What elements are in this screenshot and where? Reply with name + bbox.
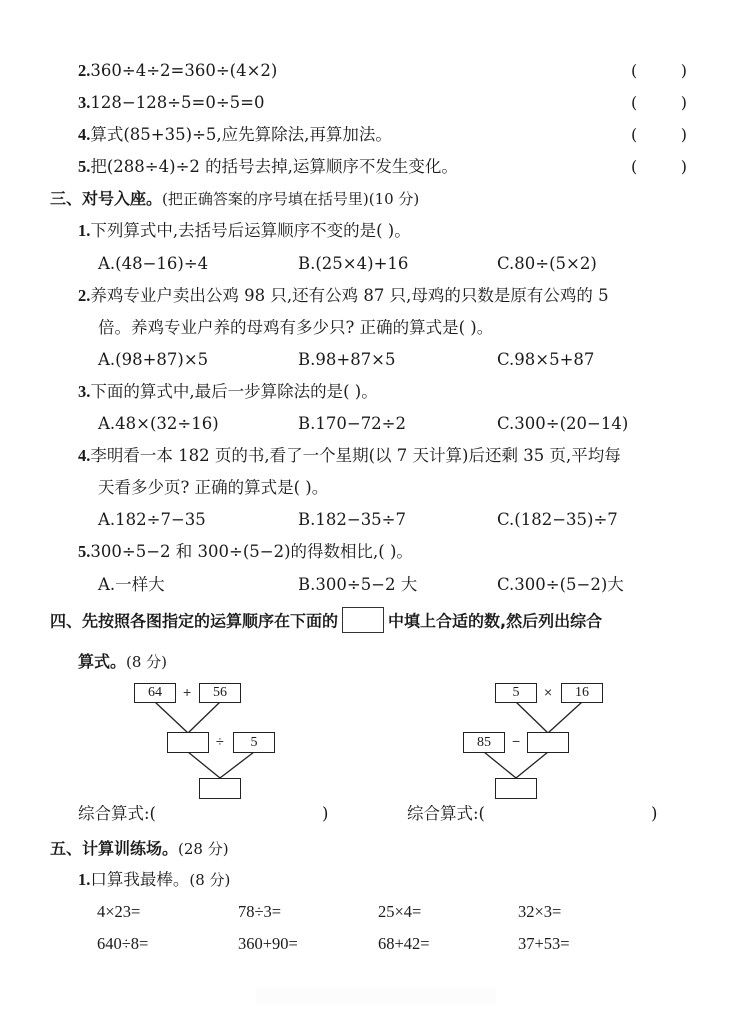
mid-left-number-box: 85 — [463, 732, 505, 753]
combined-formula-2[interactable]: 综合算式:( — [407, 803, 485, 825]
paren-close: ) — [681, 156, 687, 178]
mc-question-2: 2.养鸡专业户卖出公鸡 98 只,还有公鸡 87 只,母鸡的只数是原有公鸡的 5 — [78, 285, 609, 307]
plus-operator: + — [183, 684, 191, 700]
calc-item[interactable]: 4×23= — [97, 901, 140, 923]
formula-close-paren-1: ) — [322, 803, 328, 825]
mc-question-4: 4.李明看一本 182 页的书,看了一个星期(以 7 天计算)后还剩 35 页,… — [78, 445, 621, 467]
mc-question-5: 5.300÷5−2 和 300÷(5−2)的得数相比,( )。 — [78, 541, 413, 563]
section-title: 五、计算训练场。 — [50, 839, 178, 858]
empty-box-sample — [342, 607, 384, 633]
question-text[interactable]: 下面的算式中,最后一步算除法的是( )。 — [90, 382, 377, 401]
judgement-item-4: 4.算式(85+35)÷5,应先算除法,再算加法。 — [78, 124, 392, 146]
section-3-heading: 三、对号入座。(把正确答案的序号填在括号里)(10 分) — [50, 188, 419, 210]
question-text-line-1: 养鸡专业户卖出公鸡 98 只,还有公鸡 87 只,母鸡的只数是原有公鸡的 5 — [90, 286, 608, 305]
option-b: B.182−35÷7 — [298, 509, 406, 531]
option-c: C.80÷(5×2) — [497, 253, 597, 275]
answer-blank-2[interactable]: () — [631, 60, 687, 82]
question-text-line-2[interactable]: 倍。养鸡专业户养的母鸡有多少只? 正确的算式是( )。 — [98, 317, 493, 339]
question-number: 4. — [78, 446, 90, 465]
judgement-item-3: 3.128−128÷5=0÷5=0 — [78, 92, 264, 114]
item-number: 2. — [78, 61, 90, 80]
calc-item[interactable]: 37+53= — [518, 933, 570, 955]
option-b: B.300÷5−2 大 — [298, 574, 417, 596]
option-b: B.(25×4)+16 — [298, 253, 408, 275]
answer-blank-4[interactable]: () — [631, 124, 687, 146]
combined-formula-1[interactable]: 综合算式:( — [78, 803, 156, 825]
paren-open: ( — [631, 124, 637, 146]
subsection-title: 口算我最棒。 — [90, 870, 189, 889]
option-a: A.(48−16)÷4 — [98, 253, 208, 275]
minus-operator: − — [512, 733, 520, 749]
top-right-number-box: 16 — [561, 683, 603, 703]
calc-item[interactable]: 25×4= — [378, 901, 421, 923]
formula-close-paren-2: ) — [651, 803, 657, 825]
item-text: 把(288÷4)÷2 的括号去掉,运算顺序不发生变化。 — [90, 157, 458, 176]
section-title-part-1: 四、先按照各图指定的运算顺序在下面的 — [50, 612, 338, 631]
formula-label: 综合算式:( — [78, 804, 156, 823]
divide-operator: ÷ — [216, 733, 224, 749]
option-a: A.一样大 — [98, 574, 165, 596]
subsection-number: 1. — [78, 870, 90, 889]
paren-open: ( — [631, 156, 637, 178]
paren-open: ( — [631, 60, 637, 82]
top-left-number-box: 5 — [495, 683, 537, 703]
answer-blank-5[interactable]: () — [631, 156, 687, 178]
paren-open: ( — [631, 92, 637, 114]
mid-left-answer-box[interactable] — [167, 732, 209, 753]
judgement-item-2: 2.360÷4÷2=360÷(4×2) — [78, 60, 277, 82]
option-a: A.48×(32÷16) — [98, 413, 219, 435]
option-c: C.98×5+87 — [497, 349, 594, 371]
option-a: A.(98+87)×5 — [98, 349, 208, 371]
item-number: 5. — [78, 157, 90, 176]
calc-item[interactable]: 32×3= — [518, 901, 561, 923]
item-text: 360÷4÷2=360÷(4×2) — [90, 61, 277, 80]
question-text[interactable]: 300÷5−2 和 300÷(5−2)的得数相比,( )。 — [90, 542, 413, 561]
paren-close: ) — [681, 92, 687, 114]
section-note: (28 分) — [178, 840, 229, 858]
mid-right-number-box: 5 — [233, 732, 275, 753]
option-b: B.98+87×5 — [298, 349, 396, 371]
bottom-answer-box[interactable] — [199, 778, 241, 799]
section-title-line-2: 算式。 — [78, 652, 126, 671]
section-4-heading: 四、先按照各图指定的运算顺序在下面的中填上合适的数,然后列出综合 — [50, 609, 602, 635]
question-number: 3. — [78, 382, 90, 401]
judgement-item-5: 5.把(288÷4)÷2 的括号去掉,运算顺序不发生变化。 — [78, 156, 458, 178]
option-c: C.300÷(20−14) — [497, 413, 628, 435]
section-note: (8 分) — [126, 653, 167, 671]
item-number: 4. — [78, 125, 90, 144]
subsection-note: (8 分) — [189, 871, 230, 889]
section-4-heading-line-2: 算式。(8 分) — [78, 651, 167, 673]
question-number: 2. — [78, 286, 90, 305]
item-number: 3. — [78, 93, 90, 112]
paren-close: ) — [681, 60, 687, 82]
mc-question-3: 3.下面的算式中,最后一步算除法的是( )。 — [78, 381, 378, 403]
option-c: C.300÷(5−2)大 — [497, 574, 624, 596]
question-number: 5. — [78, 542, 90, 561]
question-number: 1. — [78, 221, 90, 240]
formula-label: 综合算式:( — [407, 804, 485, 823]
item-text: 128−128÷5=0÷5=0 — [90, 93, 264, 112]
multiply-operator: × — [544, 684, 552, 700]
top-left-number-box: 64 — [134, 683, 176, 703]
section-title-part-2: 中填上合适的数,然后列出综合 — [388, 612, 602, 631]
calc-item[interactable]: 640÷8= — [97, 933, 148, 955]
answer-blank-3[interactable]: () — [631, 92, 687, 114]
top-right-number-box: 56 — [199, 683, 241, 703]
subsection-1-heading: 1.口算我最棒。(8 分) — [78, 869, 230, 891]
question-text-line-2[interactable]: 天看多少页? 正确的算式是( )。 — [98, 477, 328, 499]
calc-item[interactable]: 360+90= — [238, 933, 298, 955]
section-5-heading: 五、计算训练场。(28 分) — [50, 838, 229, 860]
mc-question-1: 1.下列算式中,去括号后运算顺序不变的是( )。 — [78, 220, 411, 242]
faint-watermark-bar — [256, 987, 496, 1005]
paren-close: ) — [681, 124, 687, 146]
calc-item[interactable]: 78÷3= — [238, 901, 281, 923]
section-note: (把正确答案的序号填在括号里)(10 分) — [162, 190, 419, 208]
mid-right-answer-box[interactable] — [527, 732, 569, 753]
option-b: B.170−72÷2 — [298, 413, 406, 435]
section-title: 三、对号入座。 — [50, 189, 162, 208]
item-text: 算式(85+35)÷5,应先算除法,再算加法。 — [90, 125, 392, 144]
bottom-answer-box[interactable] — [495, 778, 537, 799]
question-text[interactable]: 下列算式中,去括号后运算顺序不变的是( )。 — [90, 221, 410, 240]
option-a: A.182÷7−35 — [98, 509, 206, 531]
calc-item[interactable]: 68+42= — [378, 933, 430, 955]
option-c: C.(182−35)÷7 — [497, 509, 618, 531]
question-text-line-1: 李明看一本 182 页的书,看了一个星期(以 7 天计算)后还剩 35 页,平均… — [90, 446, 620, 465]
